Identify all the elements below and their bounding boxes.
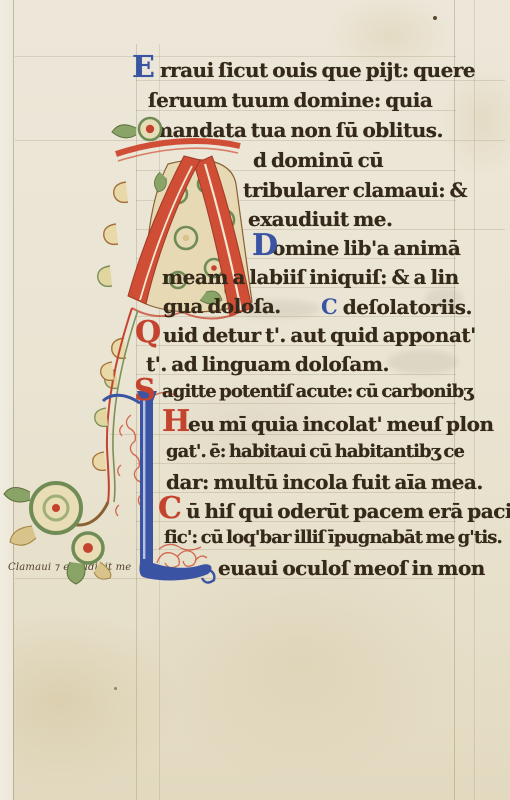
text-line: Sagitte potentiſ acute: cū carbonibʒ (162, 381, 473, 407)
text-line: ſeruum tuum domine: quia (148, 88, 432, 114)
versal-initial: E (132, 53, 155, 83)
versal-initial: C (158, 494, 182, 524)
line-text: euaui oculoſ meoſ in mon (218, 556, 485, 580)
line-text: tribularer clamaui: & (243, 178, 467, 202)
line-text: ū hiſ qui oderūt pacem erā paci (186, 499, 510, 523)
text-line: tribularer clamaui: & (243, 178, 467, 204)
line-text: d dominū cū (253, 148, 383, 172)
line-text: omine lib'a animā (272, 236, 460, 260)
line-text: dar: multū incola fuit aīa mea. (166, 470, 483, 494)
line-text: ſeruum tuum domine: quia (148, 88, 432, 112)
text-line: gua doloſa. Cdeſolatoriis. (163, 294, 281, 320)
text-line: Heu mī quia incolat' meuſ plon (188, 412, 494, 438)
text-line: Quid detur t'. aut quid apponat' (163, 323, 476, 349)
text-line: Erraui ſicut ouis que pijt: quere (160, 58, 475, 84)
versal-initial: H (162, 407, 190, 437)
text-line: Cū hiſ qui oderūt pacem erā paci (186, 499, 510, 525)
text-line: meam a labiiſ iniquiſ: & a lin (162, 265, 459, 291)
line-text: fic': cū loq'bar illiſ īpugnabāt me g'ti… (164, 527, 502, 548)
text-line: Domine lib'a animā (272, 236, 460, 262)
versal-initial: S (134, 376, 156, 406)
ink-showthrough (388, 350, 458, 374)
line-text: t'. ad linguam doloſam. (146, 352, 389, 376)
line-text: agitte potentiſ acute: cū carbonibʒ (162, 381, 473, 402)
text-line: euaui oculoſ meoſ in mon (218, 556, 485, 582)
text-line: t'. ad linguam doloſam. (146, 352, 389, 378)
versal-initial: Q (135, 318, 161, 348)
foliate-rosette (112, 118, 161, 140)
text-line: fic': cū loq'bar illiſ īpugnabāt me g'ti… (164, 527, 502, 553)
manuscript-page: Erraui ſicut ouis que pijt: quere ſeruum… (0, 0, 510, 800)
text-line: dar: multū incola fuit aīa mea. (166, 470, 483, 496)
insertion-mark: C (321, 294, 338, 319)
line-text: gat'. ē: habitaui cū habitantibʒ ce (166, 441, 464, 462)
inserted-phrase: Cdeſolatoriis. (321, 294, 472, 319)
fold-line (474, 0, 475, 800)
line-text: gua doloſa. (163, 294, 281, 318)
ink-speck (114, 687, 117, 690)
line-text: meam a labiiſ iniquiſ: & a lin (162, 265, 459, 289)
ruling-line (15, 56, 456, 57)
text-line: gat'. ē: habitaui cū habitantibʒ ce (166, 441, 464, 467)
line-text: rraui ſicut ouis que pijt: quere (160, 58, 475, 82)
versal-initial: D (252, 231, 278, 261)
ink-speck (433, 16, 437, 20)
text-line: d dominū cū (253, 148, 383, 174)
inserted-text: deſolatoriis. (343, 295, 472, 319)
line-text: eu mī quia incolat' meuſ plon (188, 412, 494, 436)
line-text: uid detur t'. aut quid apponat' (163, 323, 476, 347)
